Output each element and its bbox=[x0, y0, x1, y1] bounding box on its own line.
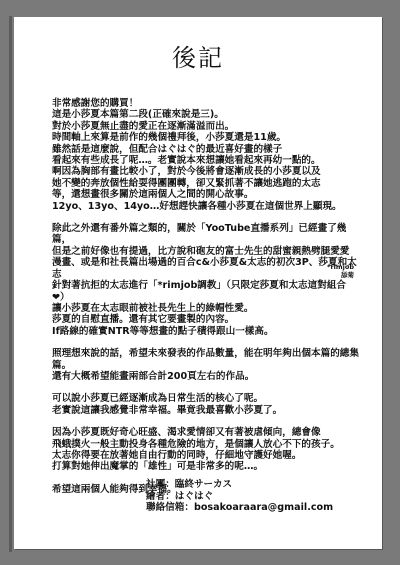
credits-block: 社團：臨終サーカス 繪者：はぐはぐ 聯絡信箱：bosakoaraara@gmai… bbox=[146, 479, 333, 514]
paragraph-extras: 除此之外還有番外篇之類的，關於「YooTube直播系列」已經畫了幾篇， 但是之前… bbox=[52, 223, 362, 337]
credit-separator: ： bbox=[165, 491, 175, 502]
credit-value: はぐはぐ bbox=[175, 491, 213, 502]
paragraph-happiness: 可以說小莎夏已經逐漸成為日常生活的核心了呢。 老實說這讓我感覺非常幸福。畢竟我最… bbox=[52, 393, 362, 416]
footnote-term: *rimjob bbox=[327, 263, 354, 271]
paragraph-character: 因為小莎夏既好奇心旺盛、渴求愛情卻又有著被虐傾向，總會像 飛蛾撲火一般主動投身各… bbox=[52, 427, 362, 473]
page-spine bbox=[9, 16, 12, 552]
credit-separator: ： bbox=[184, 502, 194, 513]
paragraph-thanks: 非常感謝您的購買！ 這是小莎夏本篇第二段(正確來說是三)。 對於小莎夏無止盡的愛… bbox=[52, 98, 362, 212]
footnote: *rimjob 舔菊 bbox=[327, 263, 354, 279]
afterword-body: 非常感謝您的購買！ 這是小莎夏本篇第二段(正確來說是三)。 對於小莎夏無止盡的愛… bbox=[52, 98, 362, 506]
credit-label: 繪者 bbox=[146, 491, 165, 502]
afterword-page: 後記 非常感謝您的購買！ 這是小莎夏本篇第二段(正確來說是三)。 對於小莎夏無止… bbox=[14, 17, 382, 549]
credit-contact: 聯絡信箱：bosakoaraara@gmail.com bbox=[146, 502, 333, 514]
credit-circle: 社團：臨終サーカス bbox=[146, 479, 333, 491]
credit-artist: 繪者：はぐはぐ bbox=[146, 491, 333, 503]
credit-separator: ： bbox=[165, 479, 175, 490]
contact-email[interactable]: bosakoaraara@gmail.com bbox=[194, 502, 333, 513]
page-title: 後記 bbox=[14, 38, 382, 73]
footnote-meaning: 舔菊 bbox=[327, 271, 354, 279]
paragraph-plans: 照理想來說的話，希望未來發表的作品數量，能在明年夠出個本篇的總集篇。 還有大概希… bbox=[52, 348, 362, 382]
credit-value: 臨終サーカス bbox=[175, 479, 232, 490]
credit-label: 聯絡信箱 bbox=[146, 502, 184, 513]
credit-label: 社團 bbox=[146, 479, 165, 490]
